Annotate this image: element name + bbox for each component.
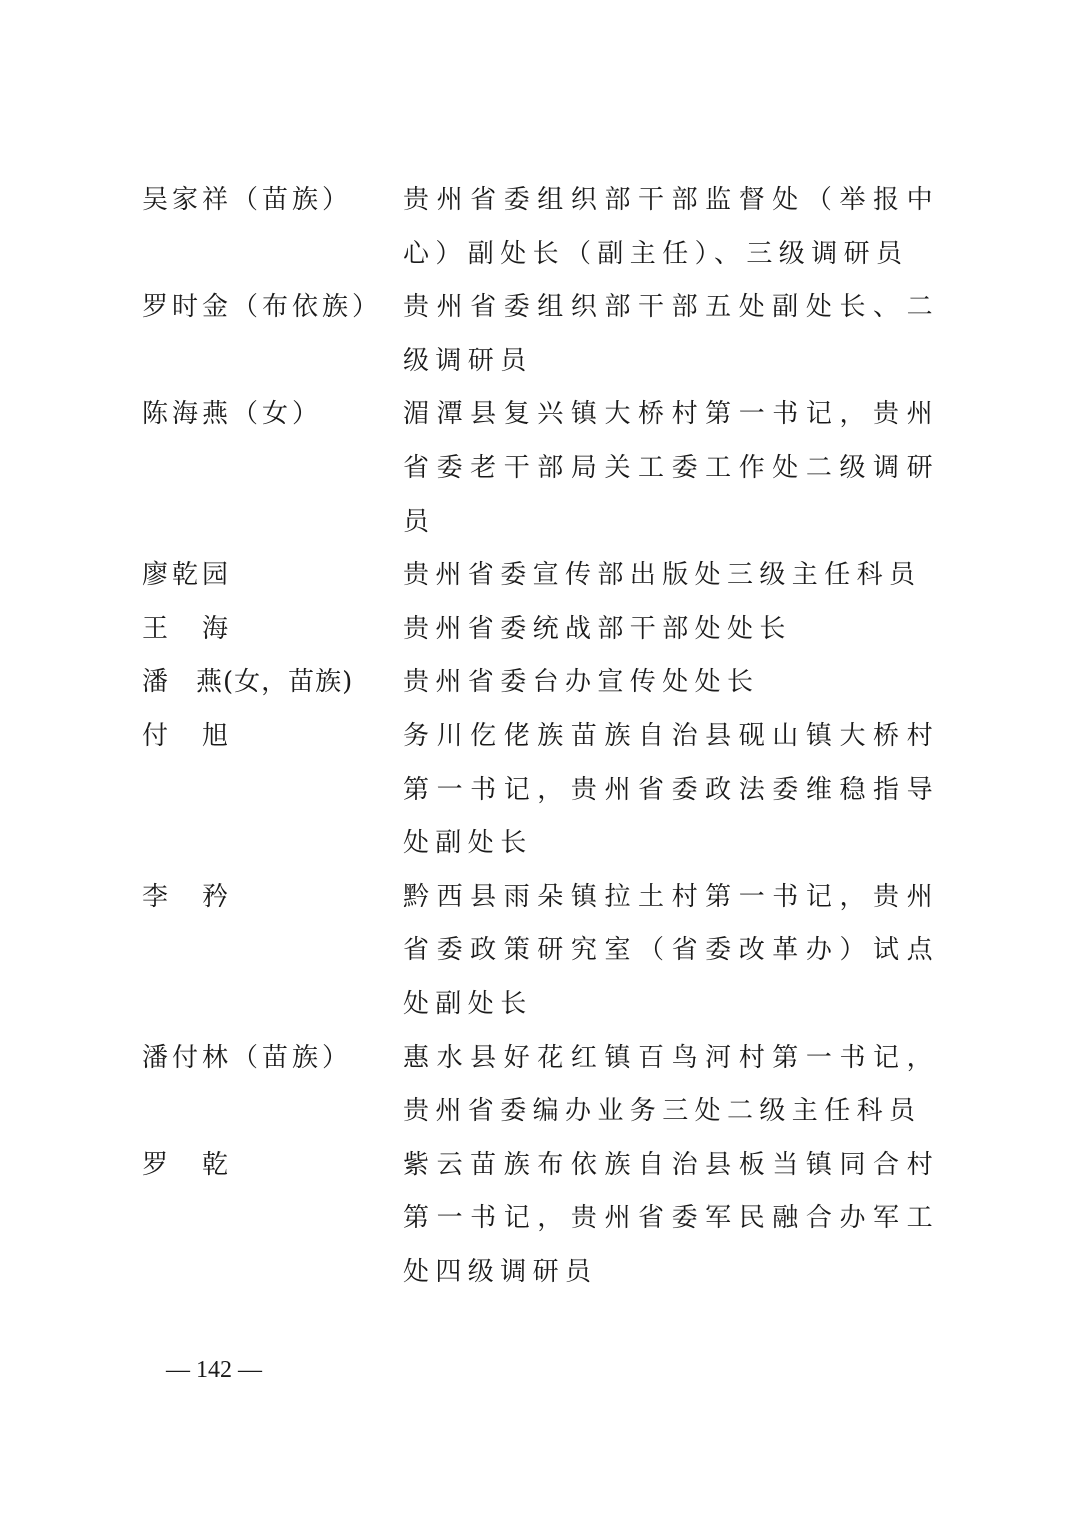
- person-position: 贵州省委统战部干部处处长: [403, 603, 939, 657]
- list-item: 潘付林（苗族） 惠水县好花红镇百鸟河村第一书记，贵州省委编办业务三处二级主任科员: [142, 1032, 942, 1139]
- list-item: 陈海燕（女） 湄潭县复兴镇大桥村第一书记，贵州省委老干部局关工委工作处二级调研员: [142, 388, 942, 549]
- person-position: 惠水县好花红镇百鸟河村第一书记，贵州省委编办业务三处二级主任科员: [403, 1032, 939, 1139]
- person-name: 李 矜: [142, 871, 403, 925]
- person-position: 黔西县雨朵镇拉土村第一书记，贵州省委政策研究室（省委改革办）试点处副处长: [403, 871, 939, 1032]
- person-name: 付 旭: [142, 710, 403, 764]
- person-position: 贵州省委台办宣传处处长: [403, 656, 939, 710]
- person-position: 紫云苗族布依族自治县板当镇同合村第一书记，贵州省委军民融合办军工处四级调研员: [403, 1139, 939, 1300]
- person-position: 贵州省委组织部干部五处副处长、二级调研员: [403, 281, 939, 388]
- person-name: 吴家祥（苗族）: [142, 174, 403, 228]
- list-item: 罗时金（布依族） 贵州省委组织部干部五处副处长、二级调研员: [142, 281, 942, 388]
- person-position: 贵州省委组织部干部监督处（举报中心）副处长（副主任）、三级调研员: [403, 174, 939, 281]
- person-name: 罗时金（布依族）: [142, 281, 403, 335]
- person-name: 潘付林（苗族）: [142, 1032, 403, 1086]
- list-item: 廖乾园 贵州省委宣传部出版处三级主任科员: [142, 549, 942, 603]
- list-item: 罗 乾 紫云苗族布依族自治县板当镇同合村第一书记，贵州省委军民融合办军工处四级调…: [142, 1139, 942, 1300]
- person-name: 罗 乾: [142, 1139, 403, 1193]
- page-number: — 142 —: [166, 1357, 262, 1384]
- person-position: 贵州省委宣传部出版处三级主任科员: [403, 549, 939, 603]
- list-item: 吴家祥（苗族） 贵州省委组织部干部监督处（举报中心）副处长（副主任）、三级调研员: [142, 174, 942, 281]
- personnel-list: 吴家祥（苗族） 贵州省委组织部干部监督处（举报中心）副处长（副主任）、三级调研员…: [142, 174, 942, 1299]
- list-item: 潘 燕(女，苗族) 贵州省委台办宣传处处长: [142, 656, 942, 710]
- person-name: 潘 燕(女，苗族): [142, 656, 403, 710]
- person-position: 务川仡佬族苗族自治县砚山镇大桥村第一书记，贵州省委政法委维稳指导处副处长: [403, 710, 939, 871]
- person-name: 王 海: [142, 603, 403, 657]
- document-page: 吴家祥（苗族） 贵州省委组织部干部监督处（举报中心）副处长（副主任）、三级调研员…: [0, 0, 1080, 1527]
- person-name: 陈海燕（女）: [142, 388, 403, 442]
- person-position: 湄潭县复兴镇大桥村第一书记，贵州省委老干部局关工委工作处二级调研员: [403, 388, 939, 549]
- list-item: 王 海 贵州省委统战部干部处处长: [142, 603, 942, 657]
- list-item: 付 旭 务川仡佬族苗族自治县砚山镇大桥村第一书记，贵州省委政法委维稳指导处副处长: [142, 710, 942, 871]
- person-name: 廖乾园: [142, 549, 403, 603]
- list-item: 李 矜 黔西县雨朵镇拉土村第一书记，贵州省委政策研究室（省委改革办）试点处副处长: [142, 871, 942, 1032]
